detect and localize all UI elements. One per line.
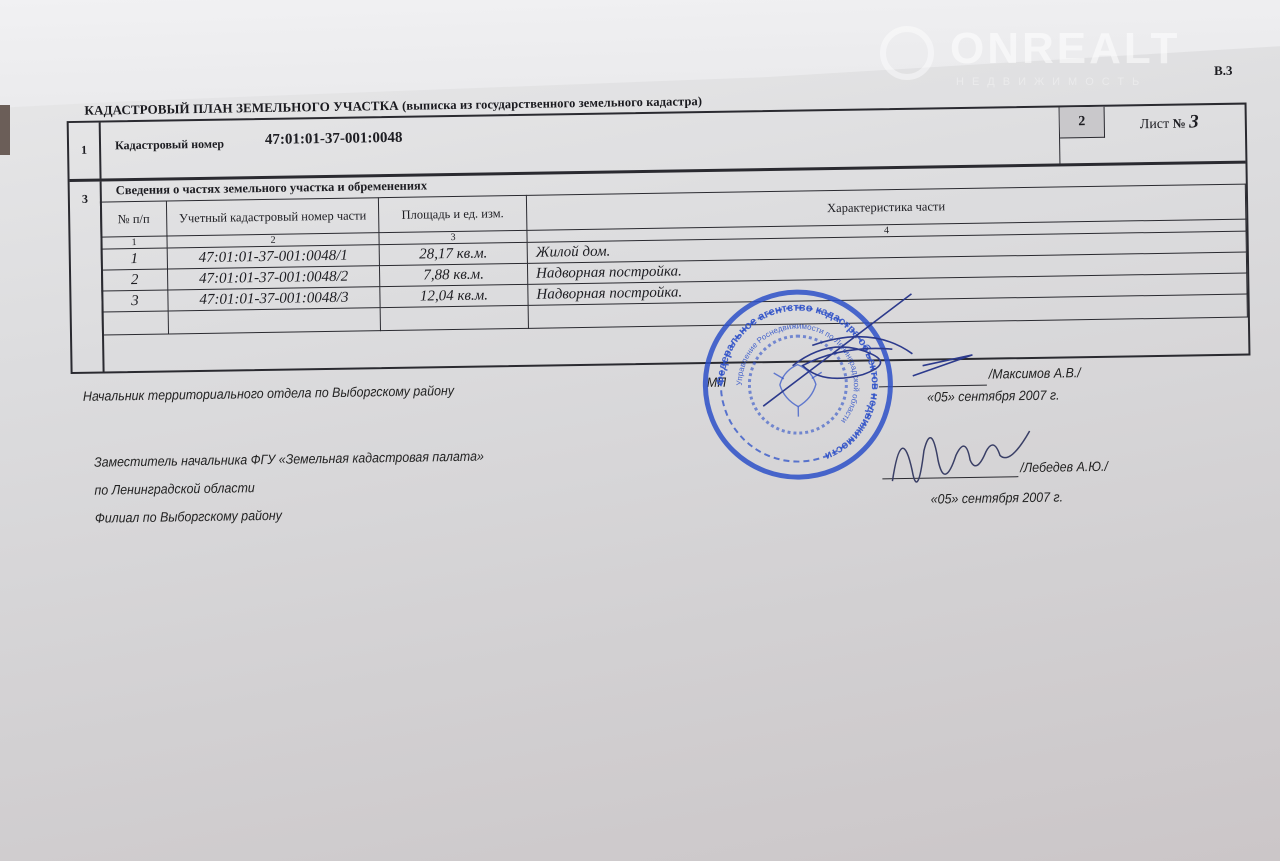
parts-table: № п/п Учетный кадастровый номер части Пл…: [100, 184, 1248, 336]
cadastral-number-label: Кадастровый номер: [115, 137, 224, 154]
document-title-main: КАДАСТРОВЫЙ ПЛАН ЗЕМЕЛЬНОГО УЧАСТКА: [84, 98, 398, 118]
signer2-position-line2: по Ленинградской области: [94, 480, 255, 498]
signer2-position-line3: Филиал по Выборгскому району: [95, 508, 282, 526]
signer2-position-line1: Заместитель начальника ФГУ «Земельная ка…: [94, 449, 484, 470]
form-frame: 1 Кадастровый номер 47:01:01-37-001:0048…: [67, 103, 1251, 375]
part-area: 12,04 кв.м.: [380, 284, 528, 307]
column-header: Учетный кадастровый номер части: [166, 198, 379, 236]
empty-cell: [168, 308, 380, 334]
document-subtitle: (выписка из государственного земельного …: [402, 94, 702, 113]
column-header: Площадь и ед. изм.: [378, 195, 527, 232]
row-number: 1: [101, 248, 167, 270]
section-number: 3: [70, 192, 100, 207]
section-number-cell: 1: [69, 123, 102, 179]
form-code: В.3: [1214, 63, 1233, 79]
document-page: В.3 КАДАСТРОВЫЙ ПЛАН ЗЕМЕЛЬНОГО УЧАСТКА …: [8, 60, 1280, 861]
section-title: Сведения о частях земельного участка и о…: [116, 178, 427, 198]
column-index: 1: [101, 236, 167, 249]
signer1-name: /Максимов А.В./: [989, 365, 1081, 381]
row-number: 3: [102, 290, 168, 312]
section-number: 1: [69, 143, 99, 158]
part-area: 7,88 кв.м.: [379, 263, 527, 286]
empty-cell: [380, 305, 528, 330]
cadastral-number-value: 47:01:01-37-001:0048: [265, 130, 403, 149]
sheet-label-text: Лист: [1140, 117, 1170, 132]
signature-scribble-1: [751, 293, 953, 416]
empty-cell: [102, 311, 168, 335]
sheet-box: 2 Лист № 3: [1059, 105, 1247, 164]
page-number-box: 2: [1060, 107, 1105, 139]
part-area: 28,17 кв.м.: [379, 242, 527, 265]
sheet-label: Лист № 3: [1140, 111, 1199, 134]
signer1-position: Начальник территориального отдела по Выб…: [83, 383, 454, 404]
signer2-date: «05» сентября 2007 г.: [931, 489, 1064, 506]
column-header: № п/п: [100, 201, 167, 237]
section-parts: 3 Сведения о частях земельного участка и…: [70, 164, 1249, 372]
sheet-number: 3: [1189, 111, 1199, 132]
signature-scribble-2: [883, 419, 1044, 492]
row-number: 2: [101, 269, 167, 291]
sheet-number-sign: №: [1173, 116, 1186, 131]
